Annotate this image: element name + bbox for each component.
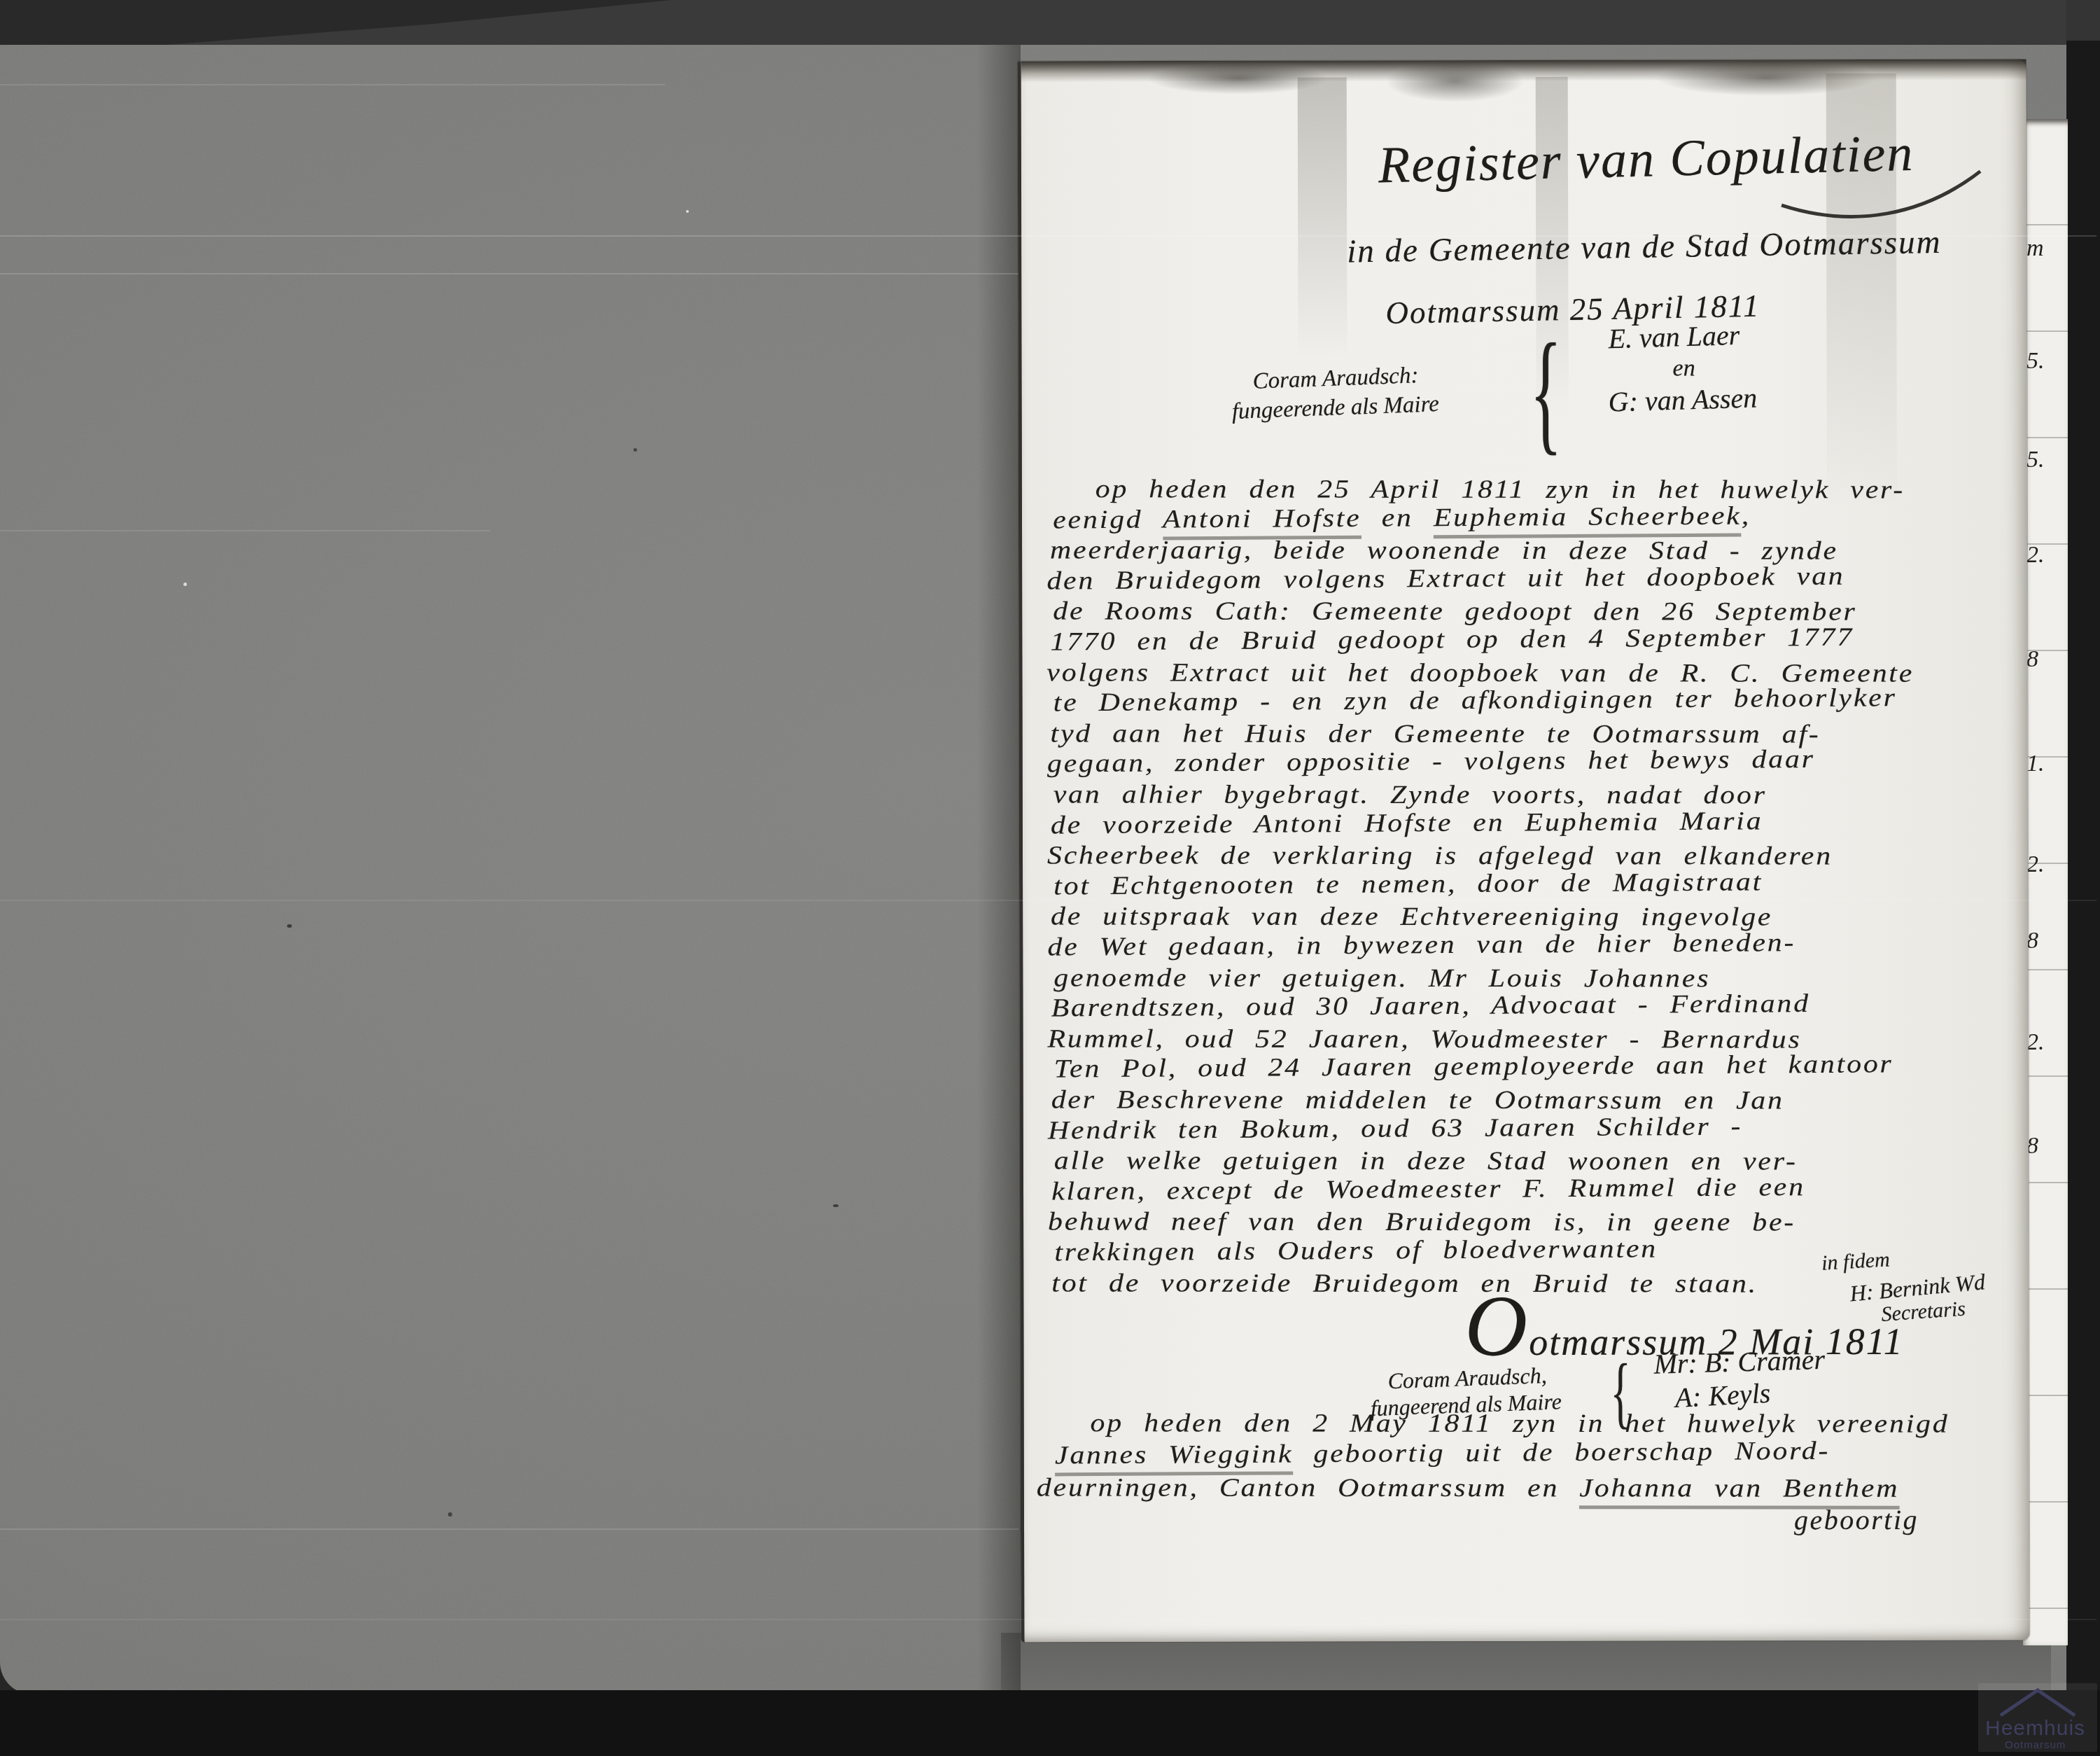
official-name: E. van Laer (1608, 319, 1740, 355)
pencil-underlined-name: Jannes Wieggink (1055, 1440, 1294, 1476)
next-page-text-fragment: 8 (2026, 928, 2038, 954)
next-page-edge: m5.5.2.81.2.82.8 (2023, 119, 2068, 1645)
line-segment: Scheerbeek de verklaring is afgelegd van… (1047, 842, 1833, 871)
dust-speck (633, 448, 637, 452)
page-top-stain (1021, 59, 2026, 82)
line-segment: klaren, except de Woedmeester F. Rummel … (1051, 1173, 1805, 1206)
heemhuis-watermark-logo: Heemhuis Ootmarsum (1978, 1683, 2097, 1752)
line-segment: deurningen, Canton Ootmarssum en (1037, 1473, 1580, 1503)
dust-speck (287, 924, 292, 928)
line-segment: , (1741, 501, 1751, 530)
line-segment: geboortig uit de boerschap Noord- (1293, 1437, 1830, 1469)
line-segment: op heden den 25 April 1811 zyn in het hu… (1095, 475, 1905, 504)
next-page-text-fragment: 2. (2026, 1029, 2045, 1056)
line-segment: op heden den 2 May 1811 zyn in het huwel… (1091, 1409, 1949, 1438)
line-segment: der Beschrevene middelen te Ootmarssum e… (1051, 1085, 1784, 1115)
handwritten-line: de Wet gedaan, in bywezen van de hier be… (1047, 928, 1795, 962)
handwritten-line: tot Echtgenooten te nemen, door de Magis… (1053, 867, 1763, 901)
line-segment: gegaan, zonder oppositie - volgens het b… (1047, 745, 1815, 779)
next-page-text-fragment: 5. (2026, 348, 2045, 375)
line-segment: meerderjaarig, beide woonende in deze St… (1050, 536, 1838, 566)
official-name: Mr: B: Cramer (1653, 1343, 1826, 1381)
scan-bottom-background (0, 1690, 2100, 1756)
handwritten-line: eenigd Antoni Hofste en Euphemia Scheerb… (1053, 501, 1751, 535)
handwritten-line: te Denekamp - en zyn de afkondigingen te… (1053, 683, 1897, 718)
pencil-underlined-name: Antoni Hofste (1163, 503, 1361, 540)
dust-speck (448, 1512, 452, 1517)
scan-top-right-corner (2066, 0, 2100, 41)
line-segment: de voorzeide Antoni Hofste en Euphemia M… (1051, 807, 1763, 839)
handwritten-line: gegaan, zonder oppositie - volgens het b… (1047, 744, 1815, 779)
line-segment: alle welke getuigen in deze Stad woonen … (1054, 1147, 1798, 1176)
line-segment: Hendrik ten Bokum, oud 63 Jaaren Schilde… (1048, 1112, 1743, 1145)
margin-note-1-line1: Coram Araudsch: (1252, 363, 1419, 395)
pencil-underlined-name: Euphemia Scheerbeek (1434, 501, 1742, 538)
line-segment: trekkingen als Ouders of bloedverwanten (1054, 1234, 1658, 1267)
handwritten-line: klaren, except de Woedmeester F. Rummel … (1051, 1172, 1805, 1206)
dust-speck (686, 210, 689, 213)
handwritten-line: der Beschrevene middelen te Ootmarssum e… (1051, 1085, 1784, 1115)
line-segment: behuwd neef van den Bruidegom is, in gee… (1048, 1208, 1795, 1237)
official-name: en (1673, 355, 1695, 382)
next-page-text-fragment: 5. (2026, 447, 2045, 473)
next-page-text-fragment: m (2026, 235, 2044, 262)
handwritten-line: Jannes Wieggink geboortig uit de boersch… (1055, 1436, 1830, 1471)
line-segment: van alhier bygebragt. Zynde voorts, nada… (1053, 780, 1767, 809)
next-page-text-fragment: 1. (2026, 751, 2045, 777)
line-segment: Ten Pol, oud 24 Jaaren geemployeerde aan… (1054, 1050, 1893, 1084)
line-segment: eenigd (1053, 505, 1163, 534)
watermark-place: Ootmarsum (2005, 1739, 2066, 1751)
line-segment: genoemde vier getuigen. Mr Louis Johanne… (1053, 963, 1710, 993)
roof-icon (2001, 1690, 2075, 1715)
watermark-name: Heemhuis (1985, 1717, 2085, 1740)
register-subtitle: in de Gemeente van de Stad Ootmarssum (1347, 223, 1942, 271)
line-segment: de uitspraak van deze Echtvereeniging in… (1051, 903, 1772, 932)
book-gutter-shadow (977, 45, 1021, 1694)
next-page-text-fragment: 2. (2026, 851, 2045, 878)
handwritten-line: genoemde vier getuigen. Mr Louis Johanne… (1053, 963, 1710, 994)
handwritten-line: den Bruidegom volgens Extract uit het do… (1046, 561, 1845, 596)
handwritten-line: trekkingen als Ouders of bloedverwanten (1054, 1234, 1658, 1267)
handwritten-line: op heden den 2 May 1811 zyn in het huwel… (1091, 1408, 1949, 1439)
handwritten-line: 1770 en de Bruid gedoopt op den 4 Septem… (1050, 622, 1854, 657)
entry-2-tail-word: geboortig (1794, 1503, 1919, 1536)
line-segment: de Wet gedaan, in bywezen van de hier be… (1047, 928, 1795, 961)
brace-1: { (1529, 312, 1562, 471)
water-stain (1298, 78, 1347, 358)
handwritten-line: behuwd neef van den Bruidegom is, in gee… (1048, 1207, 1795, 1238)
line-segment: te Denekamp - en zyn de afkondigingen te… (1053, 683, 1897, 717)
handwritten-line: Ten Pol, oud 24 Jaaren geemployeerde aan… (1054, 1050, 1893, 1085)
handwritten-line: op heden den 25 April 1811 zyn in het hu… (1095, 474, 1905, 505)
register-page: Register van Copulatien in de Gemeente v… (1018, 59, 2030, 1642)
handwritten-line: van alhier bygebragt. Zynde voorts, nada… (1053, 779, 1767, 810)
margin-note-1-line2: fungeerende als Maire (1231, 391, 1439, 425)
dust-speck (183, 583, 187, 586)
handwritten-line: Hendrik ten Bokum, oud 63 Jaaren Schilde… (1048, 1111, 1743, 1145)
dust-speck (833, 1204, 839, 1207)
line-segment: Barendtszen, oud 30 Jaaren, Advocaat - F… (1051, 989, 1810, 1022)
handwritten-line: de voorzeide Antoni Hofste en Euphemia M… (1051, 806, 1763, 840)
official-name: G: van Assen (1608, 382, 1758, 419)
next-page-text-fragment: 2. (2026, 542, 2045, 569)
handwritten-line: deurningen, Canton Ootmarssum en Johanna… (1037, 1472, 1899, 1503)
next-page-text-fragment: 8 (2026, 646, 2038, 673)
title-flourish (1777, 165, 1987, 228)
line-segment: Rummel, oud 52 Jaaren, Woudmeester - Ber… (1047, 1024, 1801, 1054)
scan-right-background (2066, 41, 2100, 1756)
archive-scan: m5.5.2.81.2.82.8 Register van Copulatien… (0, 0, 2100, 1756)
line-segment: tot Echtgenooten te nemen, door de Magis… (1053, 867, 1763, 900)
handwritten-line: Barendtszen, oud 30 Jaaren, Advocaat - F… (1051, 989, 1810, 1023)
signature-in-fidem: in fidem (1821, 1248, 1890, 1275)
line-segment: 1770 en de Bruid gedoopt op den 4 Septem… (1050, 623, 1854, 657)
line-segment: den Bruidegom volgens Extract uit het do… (1046, 562, 1845, 595)
line-segment: en (1361, 503, 1434, 533)
